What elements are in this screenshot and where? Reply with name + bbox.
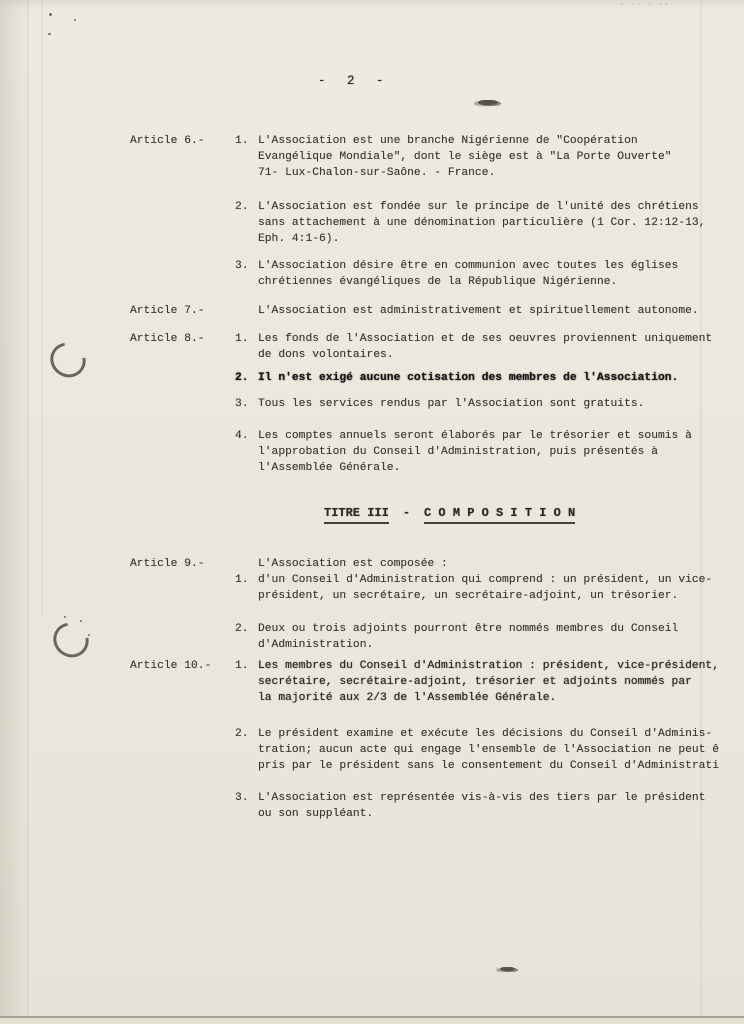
- article-item: 3. Tous les services rendus par l'Associ…: [130, 396, 730, 412]
- article-item: 3. L'Association désire être en communio…: [130, 258, 730, 290]
- article-item: 4. Les comptes annuels seront élaborés p…: [130, 428, 730, 476]
- item-number: 3.: [235, 790, 258, 806]
- article-label: Article 9.-: [130, 556, 235, 572]
- item-text: L'Association est fondée sur le principe…: [258, 199, 730, 247]
- ink-smudge: [500, 967, 515, 971]
- item-text: Il n'est exigé aucune cotisation des mem…: [258, 370, 730, 386]
- scan-speck: [80, 620, 82, 622]
- section-heading-titre: TITRE III: [324, 506, 389, 524]
- article-item: 2. Deux ou trois adjoints pourront être …: [130, 621, 730, 653]
- section-heading-separator: -: [403, 506, 410, 520]
- article-label: Article 10.-: [130, 658, 235, 674]
- section-heading: TITRE III-C O M P O S I T I O N: [324, 506, 575, 520]
- article-item: Article 7.- L'Association est administra…: [130, 303, 730, 319]
- item-number: 1.: [235, 331, 258, 347]
- article-item: 1. d'un Conseil d'Administration qui com…: [130, 572, 730, 604]
- item-number: 2.: [235, 621, 258, 637]
- article-item: Article 10.- 1. Les membres du Conseil d…: [130, 658, 730, 706]
- scan-speck: [64, 616, 66, 618]
- paper-bottom-edge: [0, 1018, 744, 1024]
- item-text: L'Association est représentée vis-à-vis …: [258, 790, 730, 822]
- item-number: 2.: [235, 370, 258, 386]
- article-7: Article 7.- L'Association est administra…: [130, 303, 730, 319]
- item-text: Le président examine et exécute les déci…: [258, 726, 730, 774]
- scan-noise-mark: · ·· · ··: [620, 1, 670, 8]
- article-label: Article 7.-: [130, 303, 235, 319]
- punch-hole-mark: [44, 336, 93, 384]
- item-text: Les fonds de l'Association et de ses oeu…: [258, 331, 730, 363]
- section-heading-word: C O M P O S I T I O N: [424, 506, 575, 524]
- article-item: Article 6.- 1. L'Association est une bra…: [130, 133, 730, 181]
- scan-speck: [49, 13, 52, 16]
- item-number: 2.: [235, 726, 258, 742]
- item-number: 3.: [235, 396, 258, 412]
- item-number: 1.: [235, 658, 258, 674]
- scan-speck: [74, 19, 76, 21]
- item-number: 4.: [235, 428, 258, 444]
- article-item: 2. Le président examine et exécute les d…: [130, 726, 730, 774]
- document-scan: · ·· · ·· - 2 - Article 6.- 1. L'Associa…: [0, 0, 744, 1024]
- article-label: Article 8.-: [130, 331, 235, 347]
- article-item: 2. L'Association est fondée sur le princ…: [130, 199, 730, 247]
- paper-edge-shading: [0, 0, 30, 1024]
- item-text: Tous les services rendus par l'Associati…: [258, 396, 730, 412]
- item-text: Les membres du Conseil d'Administration …: [258, 658, 730, 706]
- article-10: Article 10.- 1. Les membres du Conseil d…: [130, 658, 730, 822]
- item-text: L'Association est administrativement et …: [258, 303, 730, 319]
- item-text: d'un Conseil d'Administration qui compre…: [258, 572, 730, 604]
- fold-line: [41, 0, 43, 614]
- item-text: L'Association est une branche Nigérienne…: [258, 133, 730, 181]
- item-text: Deux ou trois adjoints pourront être nom…: [258, 621, 730, 653]
- article-item: Article 8.- 1. Les fonds de l'Associatio…: [130, 331, 730, 363]
- fold-line: [27, 0, 29, 1024]
- scan-speck: [88, 634, 90, 636]
- item-number: 3.: [235, 258, 258, 274]
- item-text: Les comptes annuels seront élaborés par …: [258, 428, 730, 476]
- article-intro-text: L'Association est composée :: [258, 556, 730, 572]
- article-8: Article 8.- 1. Les fonds de l'Associatio…: [130, 331, 730, 476]
- page-number: - 2 -: [318, 74, 391, 88]
- item-number: 1.: [235, 572, 258, 588]
- article-6: Article 6.- 1. L'Association est une bra…: [130, 133, 730, 290]
- article-9: Article 9.- L'Association est composée :…: [130, 556, 730, 653]
- punch-hole-mark: [47, 616, 96, 664]
- article-intro: Article 9.- L'Association est composée :: [130, 556, 730, 572]
- article-label: Article 6.-: [130, 133, 235, 149]
- article-item: 3. L'Association est représentée vis-à-v…: [130, 790, 730, 822]
- item-number: 1.: [235, 133, 258, 149]
- item-number: 2.: [235, 199, 258, 215]
- article-item: 2. Il n'est exigé aucune cotisation des …: [130, 370, 730, 386]
- scan-speck: [48, 33, 51, 35]
- ink-smudge: [478, 100, 498, 105]
- item-text: L'Association désire être en communion a…: [258, 258, 730, 290]
